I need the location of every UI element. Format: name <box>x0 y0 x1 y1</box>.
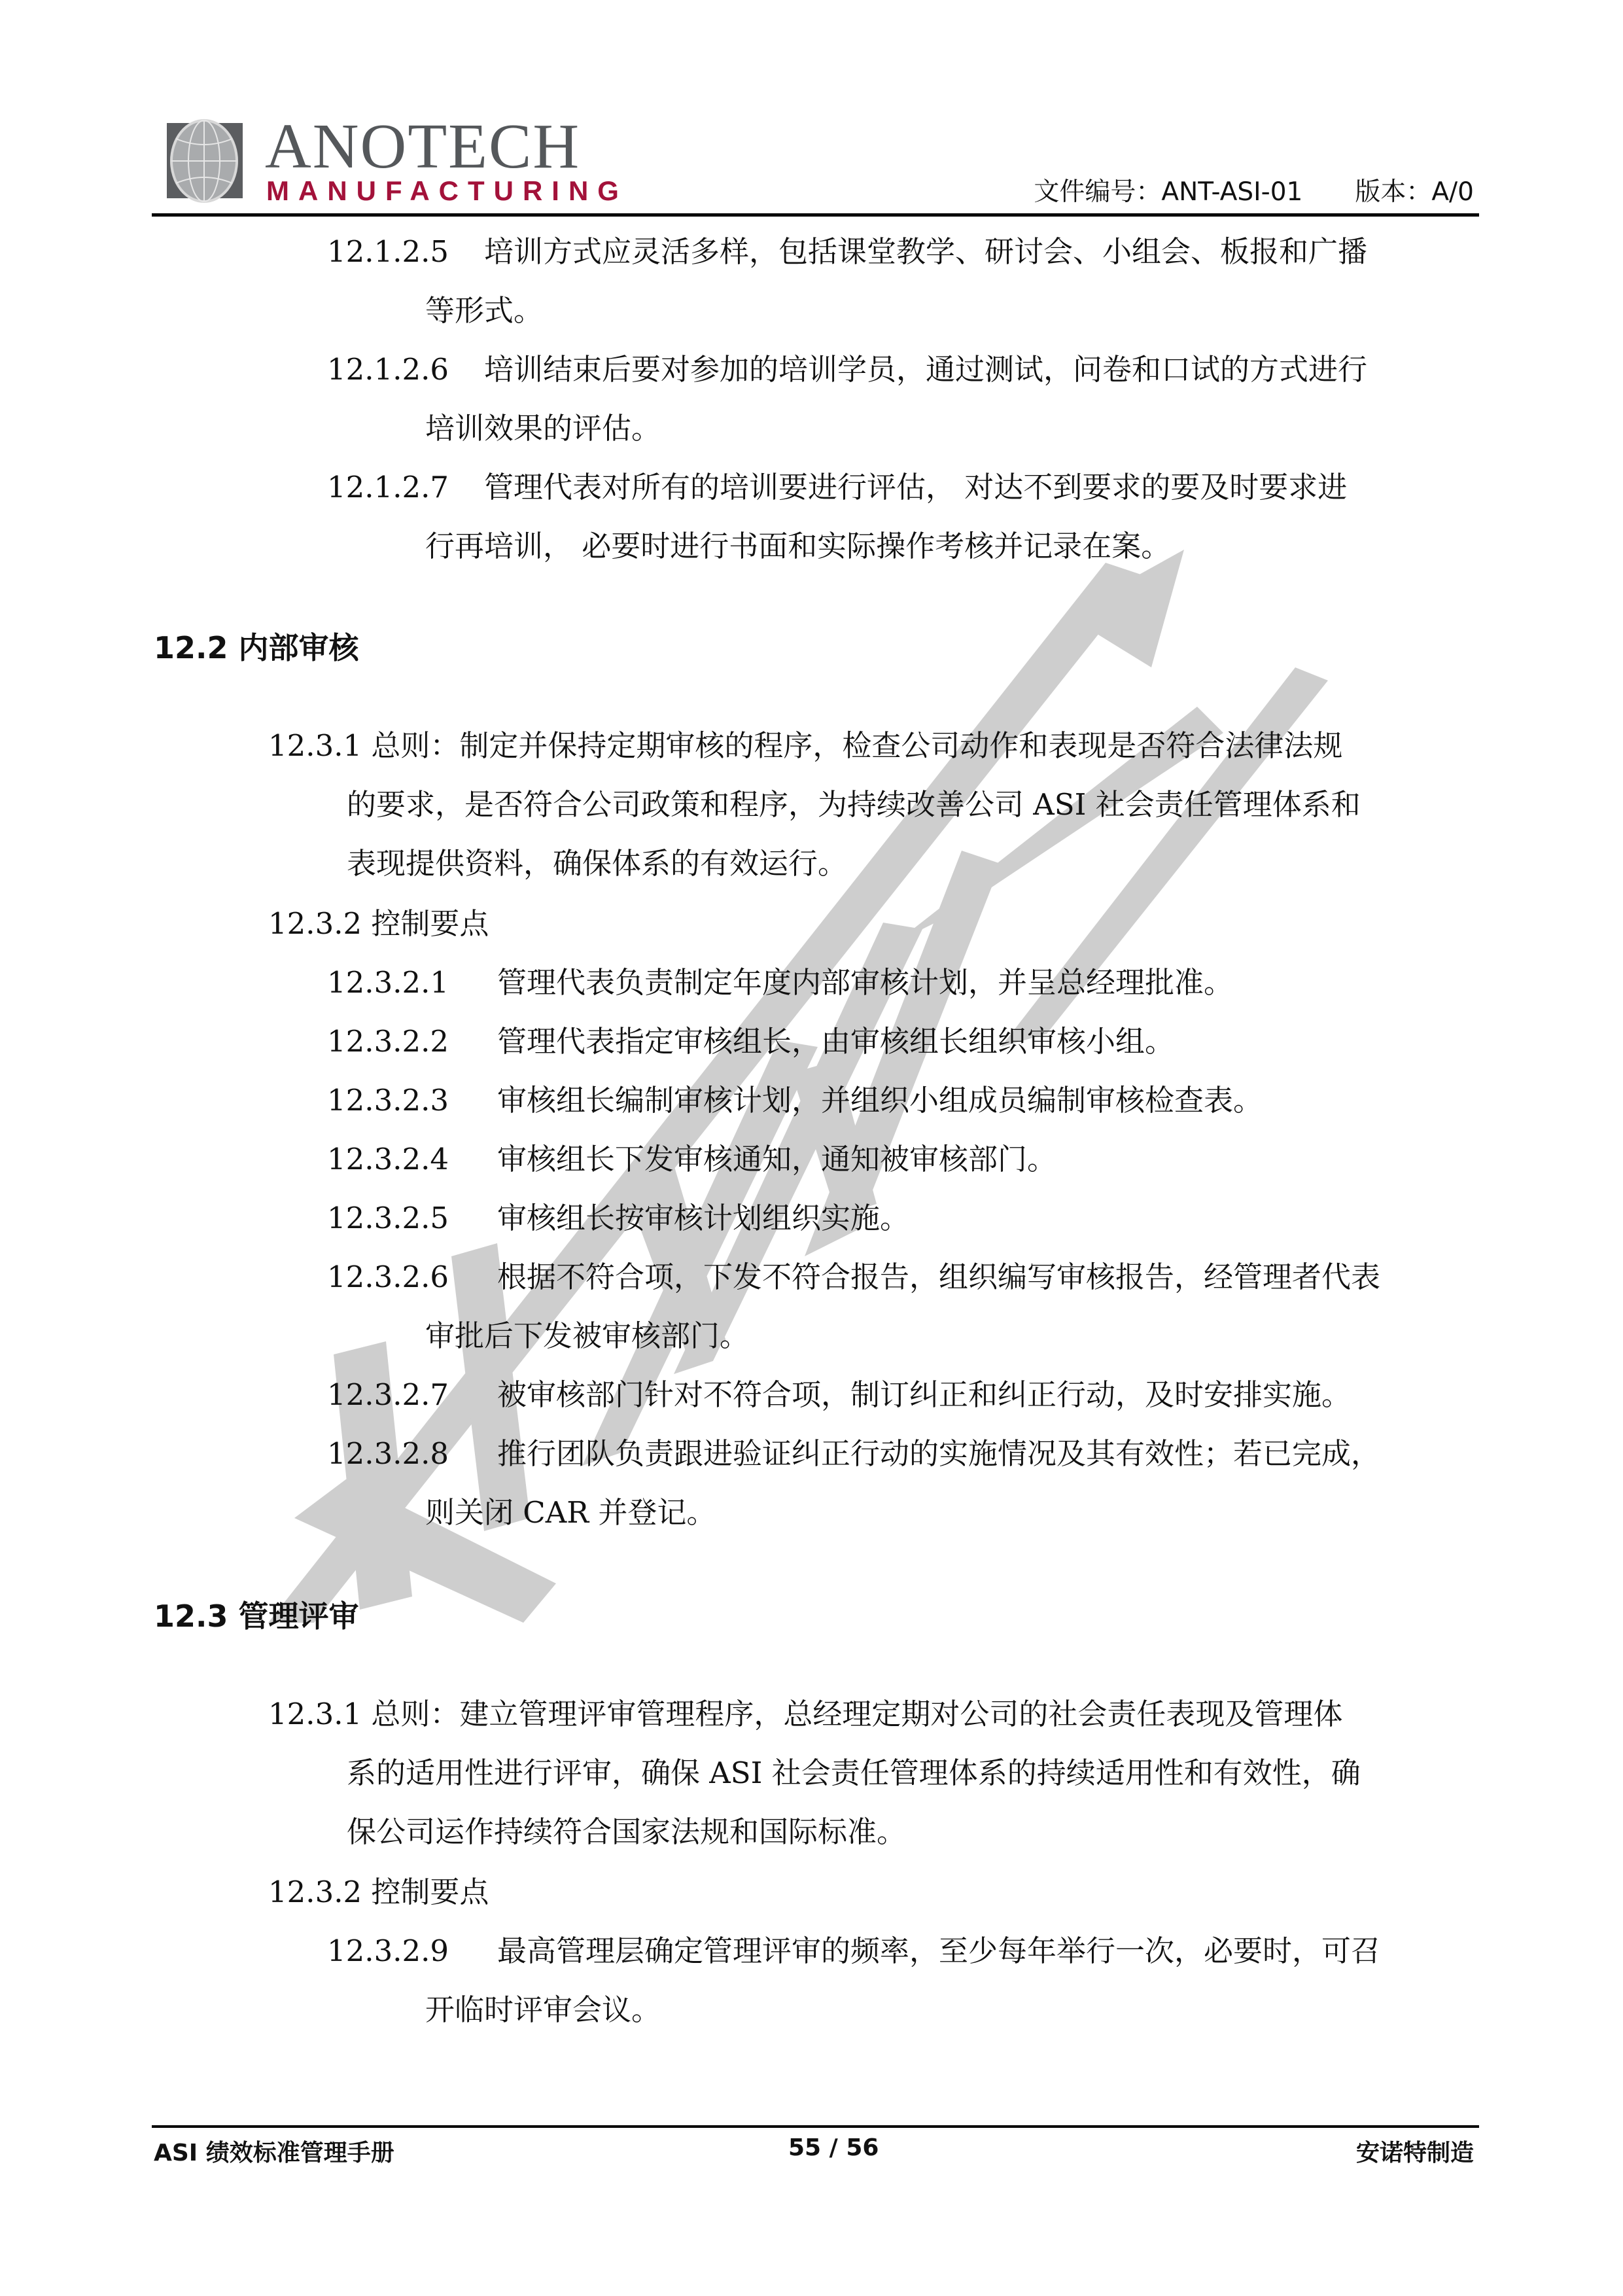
footer-page-number: 55 / 56 <box>788 2134 879 2161</box>
clause-12-3-2-8: 12.3.2.8推行团队负责跟进验证纠正行动的实施情况及其有效性；若已完成， <box>327 1434 1380 1474</box>
section-heading-management-review: 12.3 管理评审 <box>154 1597 359 1636</box>
footer-divider <box>152 2125 1479 2128</box>
clause-12-3-2-5: 12.3.2.5审核组长按审核计划组织实施。 <box>327 1199 909 1238</box>
clause-12-3-2-1: 12.3.2.1管理代表负责制定年度内部审核计划，并呈总经理批准。 <box>327 963 1233 1002</box>
internal-audit-general-3: 表现提供资料，确保体系的有效运行。 <box>347 844 847 883</box>
management-review-general-1: 12.3.1 总则：建立管理评审管理程序，总经理定期对公司的社会责任表现及管理体 <box>268 1695 1342 1734</box>
clause-12-1-2-7: 12.1.2.7管理代表对所有的培训要进行评估， 对达不到要求的要及时要求进 <box>327 468 1347 507</box>
clause-12-1-2-6: 12.1.2.6培训结束后要对参加的培训学员，通过测试，问卷和口试的方式进行 <box>327 350 1367 389</box>
internal-audit-general-2: 的要求，是否符合公司政策和程序，为持续改善公司 ASI 社会责任管理体系和 <box>347 785 1361 824</box>
management-review-control-heading: 12.3.2 控制要点 <box>268 1873 489 1912</box>
logo-brand-top: ANOTECH <box>265 114 580 179</box>
document-meta: 文件编号：ANT-ASI-01版本：A/0 <box>1034 171 1474 208</box>
clause-12-3-2-8-cont: 则关闭 CAR 并登记。 <box>425 1493 716 1532</box>
clause-12-1-2-5-cont: 等形式。 <box>425 291 543 330</box>
header-divider <box>152 213 1479 217</box>
document-number: 文件编号：ANT-ASI-01 <box>1034 177 1302 207</box>
clause-12-3-2-2: 12.3.2.2管理代表指定审核组长，由审核组长组织审核小组。 <box>327 1022 1174 1061</box>
clause-12-1-2-5: 12.1.2.5培训方式应灵活多样，包括课堂教学、研讨会、小组会、板报和广播 <box>327 232 1367 272</box>
clause-12-3-2-9: 12.3.2.9最高管理层确定管理评审的频率，至少每年举行一次，必要时，可召 <box>327 1932 1380 1971</box>
internal-audit-general-1: 12.3.1 总则：制定并保持定期审核的程序，检查公司动作和表现是否符合法律法规 <box>268 726 1342 766</box>
clause-12-3-2-6-cont: 审批后下发被审核部门。 <box>425 1316 749 1356</box>
clause-12-3-2-7: 12.3.2.7被审核部门针对不符合项，制订纠正和纠正行动，及时安排实施。 <box>327 1375 1351 1415</box>
management-review-general-3: 保公司运作持续符合国家法规和国际标准。 <box>347 1812 906 1852</box>
document-page: ANOTECH MANUFACTURING 文件编号：ANT-ASI-01版本：… <box>0 0 1623 2296</box>
clause-12-3-2-6: 12.3.2.6根据不符合项，下发不符合报告，组织编写审核报告，经管理者代表 <box>327 1258 1380 1297</box>
globe-icon <box>162 118 247 203</box>
footer-manual-title: ASI 绩效标准管理手册 <box>154 2134 394 2168</box>
clause-12-3-2-3: 12.3.2.3审核组长编制审核计划，并组织小组成员编制审核检查表。 <box>327 1081 1263 1120</box>
footer-company-name: 安诺特制造 <box>1356 2134 1474 2168</box>
document-version: 版本：A/0 <box>1355 177 1474 207</box>
section-heading-internal-audit: 12.2 内部审核 <box>154 628 359 667</box>
clause-12-3-2-4: 12.3.2.4审核组长下发审核通知，通知被审核部门。 <box>327 1140 1056 1179</box>
internal-audit-control-heading: 12.3.2 控制要点 <box>268 904 489 944</box>
clause-12-1-2-6-cont: 培训效果的评估。 <box>425 409 661 448</box>
management-review-general-2: 系的适用性进行评审，确保 ASI 社会责任管理体系的持续适用性和有效性，确 <box>347 1754 1361 1793</box>
logo-brand-bottom: MANUFACTURING <box>266 177 628 205</box>
clause-12-3-2-9-cont: 开临时评审会议。 <box>425 1990 661 2030</box>
company-logo: ANOTECH MANUFACTURING <box>167 118 566 203</box>
clause-12-1-2-7-cont: 行再培训， 必要时进行书面和实际操作考核并记录在案。 <box>425 527 1170 566</box>
